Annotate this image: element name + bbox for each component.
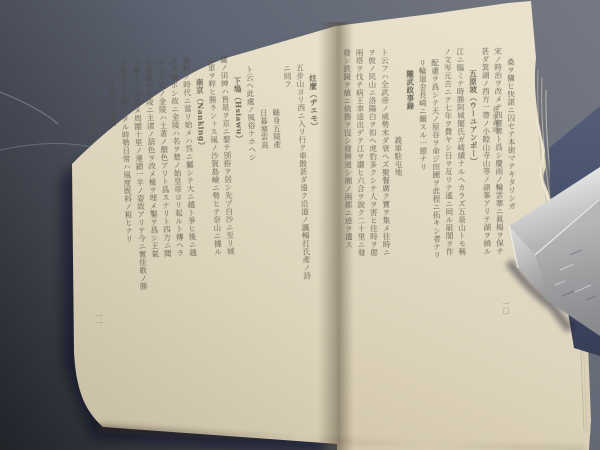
book-photograph: 炷麼（ヂエモ）五步山ヨリ西ニ入リ行ク車散甚ダ遠ク沿道ノ諷暢打氏產ノ詩ニ囘フ緜身五… <box>0 0 600 450</box>
page-number-left: 一一 <box>94 312 104 327</box>
right-page-text: 桑ヲ傭ヒ快諾ニ囚セテ本街マテキタリシガ宋ノ時治ヲ改メテ四憲寨ト爲シ慶雨ノ輪雲寨ニ… <box>340 47 520 421</box>
page-number-right: 一〇 <box>501 300 511 315</box>
running-title-left: 燕京歲時 <box>88 110 97 137</box>
running-title-right: 燕京歲時 <box>490 106 499 133</box>
left-page-text: 炷麼（ヂエモ）五步山ヨリ西ニ入リ行ク車散甚ダ遠ク沿道ノ諷暢打氏產ノ詩ニ囘フ緜身五… <box>94 52 331 432</box>
